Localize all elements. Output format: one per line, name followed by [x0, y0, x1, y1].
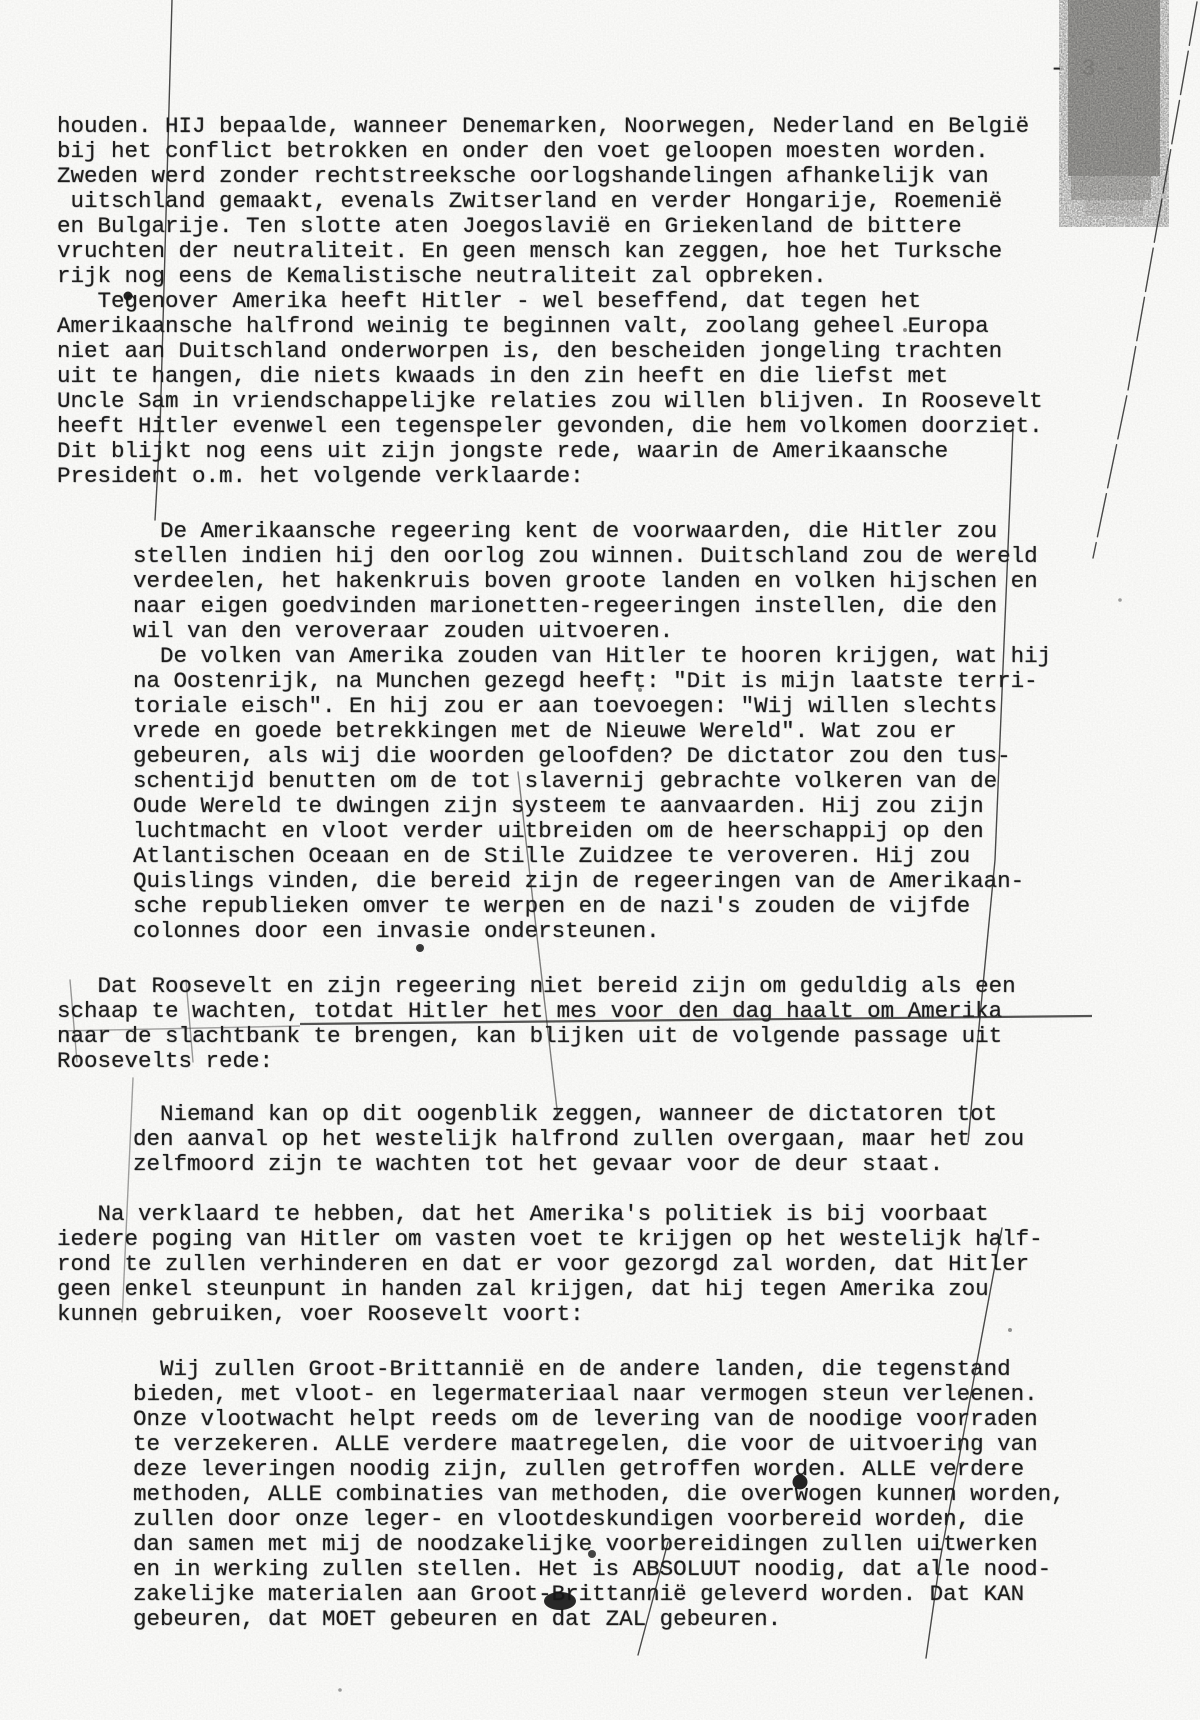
blockquote-roosevelt-speech-1: De Amerikaansche regeering kent de voorw… [133, 519, 1051, 944]
page-number: - 3 - [1050, 56, 1129, 82]
document-page-scan: - 3 - houden. HIJ bepaalde, wanneer Dene… [0, 0, 1200, 1720]
paragraph-roosevelt-not-waiting: Dat Roosevelt en zijn regeering niet ber… [57, 974, 1016, 1074]
blockquote-roosevelt-speech-3: Wij zullen Groot-Brittannië en de andere… [133, 1357, 1065, 1632]
blockquote-roosevelt-speech-2: Niemand kan op dit oogenblik zeggen, wan… [133, 1102, 1024, 1177]
paragraph-intro-countries: houden. HIJ bepaalde, wanneer Denemarken… [57, 114, 1029, 289]
stain-band [1064, 0, 1164, 216]
paragraph-america-policy: Na verklaard te hebben, dat het Amerika'… [57, 1202, 1043, 1327]
paragraph-hitler-america: Tegenover Amerika heeft Hitler - wel bes… [57, 289, 1043, 489]
